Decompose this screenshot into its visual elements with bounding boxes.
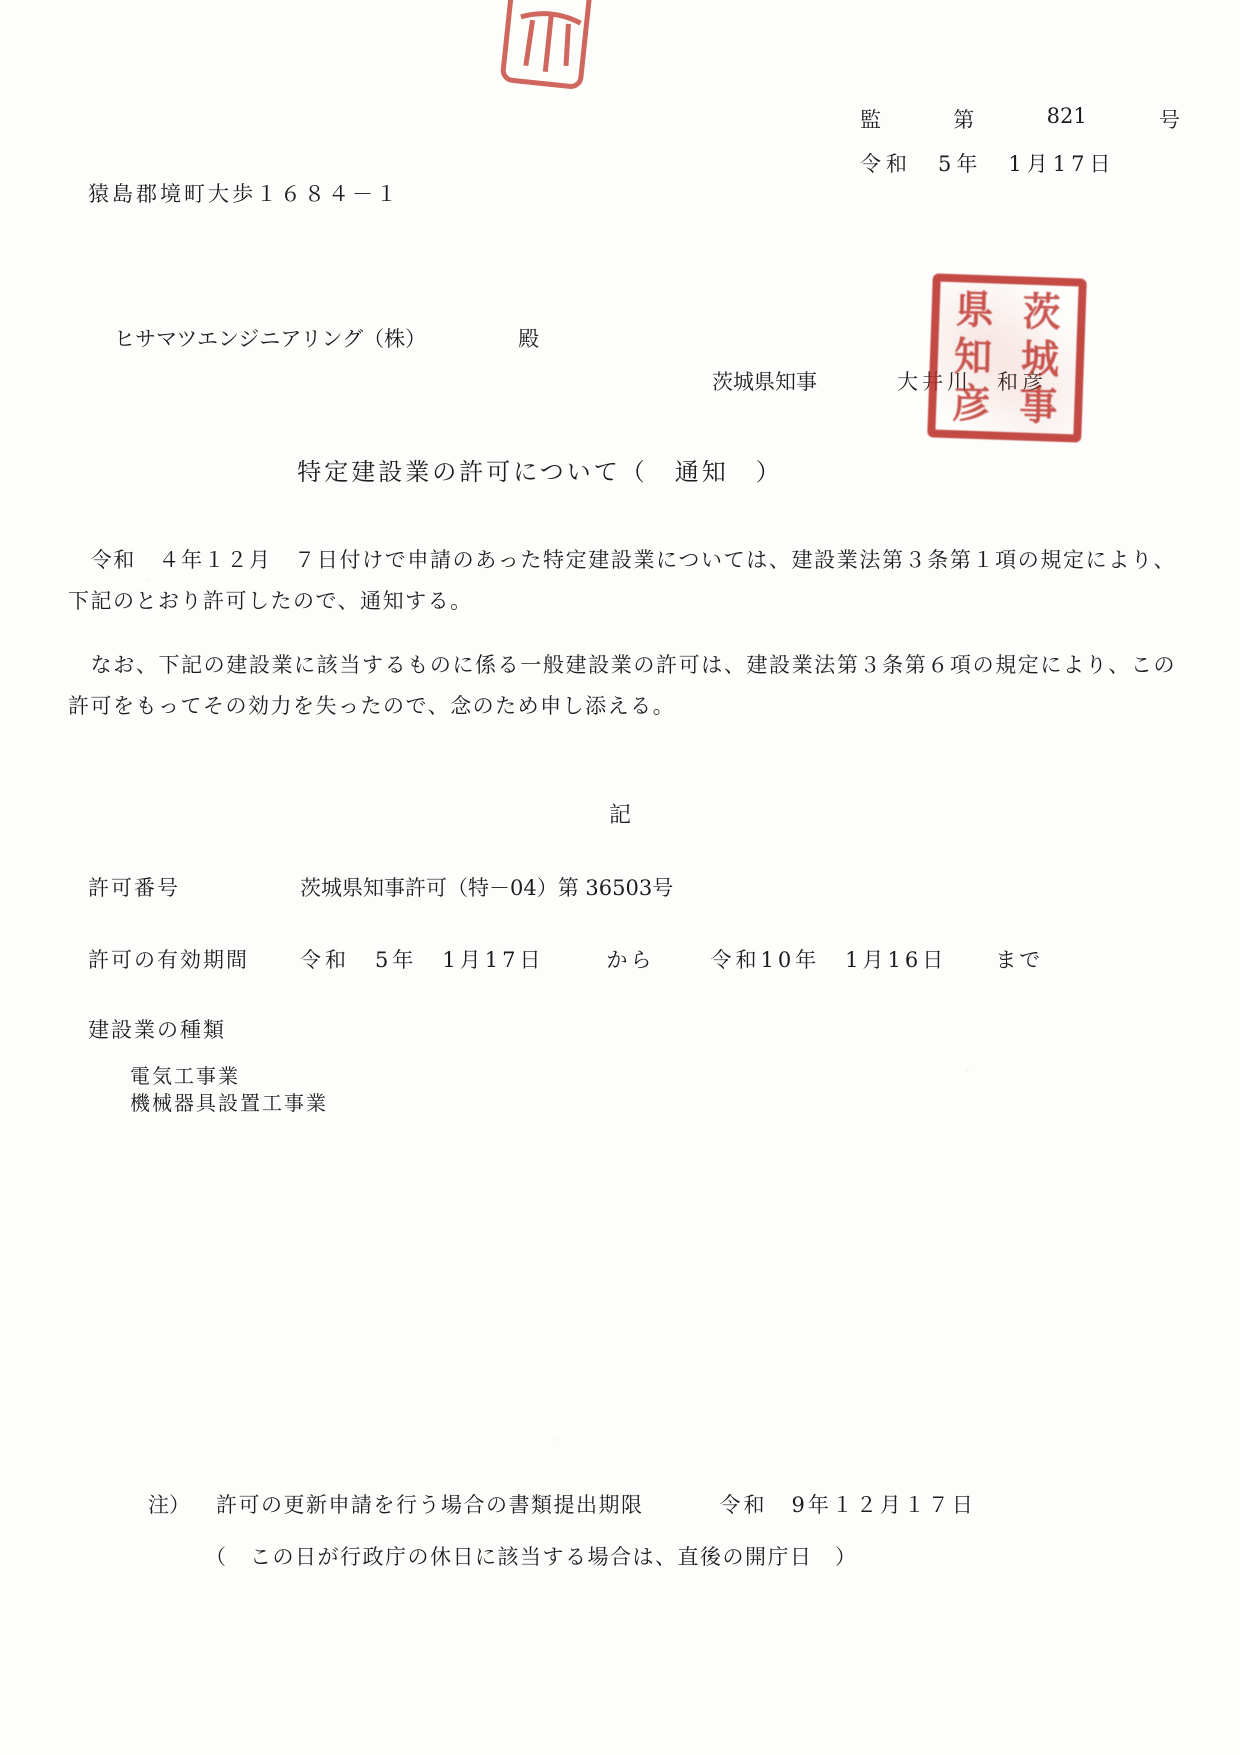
business-type-item: 電気工事業 xyxy=(130,1063,328,1090)
permit-number-value: 茨城県知事許可（特－04）第 36503号 xyxy=(300,872,673,902)
seal-glyph: 茨 xyxy=(1023,292,1062,333)
applicant-address: 猿島郡境町大歩１６８４－１ xyxy=(88,178,400,208)
ref-number: 821 xyxy=(1047,104,1087,134)
governor-seal-stamp: 県 茨 知 城 彦 事 xyxy=(927,273,1087,442)
document-title: 特定建設業の許可について（ 通知 ） xyxy=(0,452,1080,487)
recipient-honorific: 殿 xyxy=(518,323,539,353)
issue-date: 令和 5年 1月17日 xyxy=(860,148,1200,178)
seal-glyph: 彦 xyxy=(953,383,992,424)
validity-to: 令和10年 1月16日 xyxy=(710,944,947,974)
recipient-row: ヒサマツエンジニアリング（株） 殿 xyxy=(114,323,539,353)
permit-number-label: 許可番号 xyxy=(88,872,180,902)
business-types-list: 電気工事業 機械器具設置工事業 xyxy=(130,1063,328,1117)
validity-from: 令和 5年 1月17日 xyxy=(300,944,544,974)
note-line-1: 注） 許可の更新申請を行う場合の書類提出期限 令和 9年１２月１７日 xyxy=(148,1489,976,1519)
validity-connector: から xyxy=(606,944,654,974)
ref-suffix: 号 xyxy=(1159,104,1180,134)
business-type-item: 機械器具設置工事業 xyxy=(130,1090,328,1117)
validity-label: 許可の有効期間 xyxy=(88,944,249,974)
business-types-label: 建設業の種類 xyxy=(88,1014,226,1044)
ref-no-label: 第 xyxy=(953,104,974,134)
seal-glyph: 県 xyxy=(956,290,995,331)
issuer-title: 茨城県知事 xyxy=(712,366,817,396)
note-line-2: （ この日が行政庁の休日に該当する場合は、直後の開庁日 ） xyxy=(205,1541,858,1571)
validity-suffix: まで xyxy=(995,944,1043,974)
validity-value-row: 令和 5年 1月17日 から 令和10年 1月16日 まで xyxy=(300,944,1043,974)
note-marker: 注） xyxy=(148,1489,190,1519)
note-deadline-value: 令和 9年１２月１７日 xyxy=(720,1489,976,1519)
header-reference-block: 監 第 821 号 令和 5年 1月17日 xyxy=(860,104,1200,178)
note-label: 許可の更新申請を行う場合の書類提出期限 xyxy=(216,1489,644,1519)
seal-glyph: 事 xyxy=(1019,386,1058,427)
reference-number-line: 監 第 821 号 xyxy=(860,104,1180,134)
recipient-name: ヒサマツエンジニアリング（株） xyxy=(114,323,426,353)
body-paragraph-1: 令和 ４年１２月 ７日付けで申請のあった特定建設業については、建設業法第３条第１… xyxy=(68,540,1176,622)
ref-prefix: 監 xyxy=(860,104,881,134)
seal-glyph: 城 xyxy=(1021,339,1060,380)
partial-stamp-top xyxy=(500,0,600,94)
partial-stamp-top-icon xyxy=(500,0,600,94)
body-paragraph-2: なお、下記の建設業に該当するものに係る一般建設業の許可は、建設業法第３条第６項の… xyxy=(68,645,1176,727)
scanned-permit-document: 監 第 821 号 令和 5年 1月17日 猿島郡境町大歩１６８４－１ ヒサマツ… xyxy=(0,0,1240,1755)
record-marker: 記 xyxy=(0,798,1240,829)
seal-glyph: 知 xyxy=(954,337,993,378)
